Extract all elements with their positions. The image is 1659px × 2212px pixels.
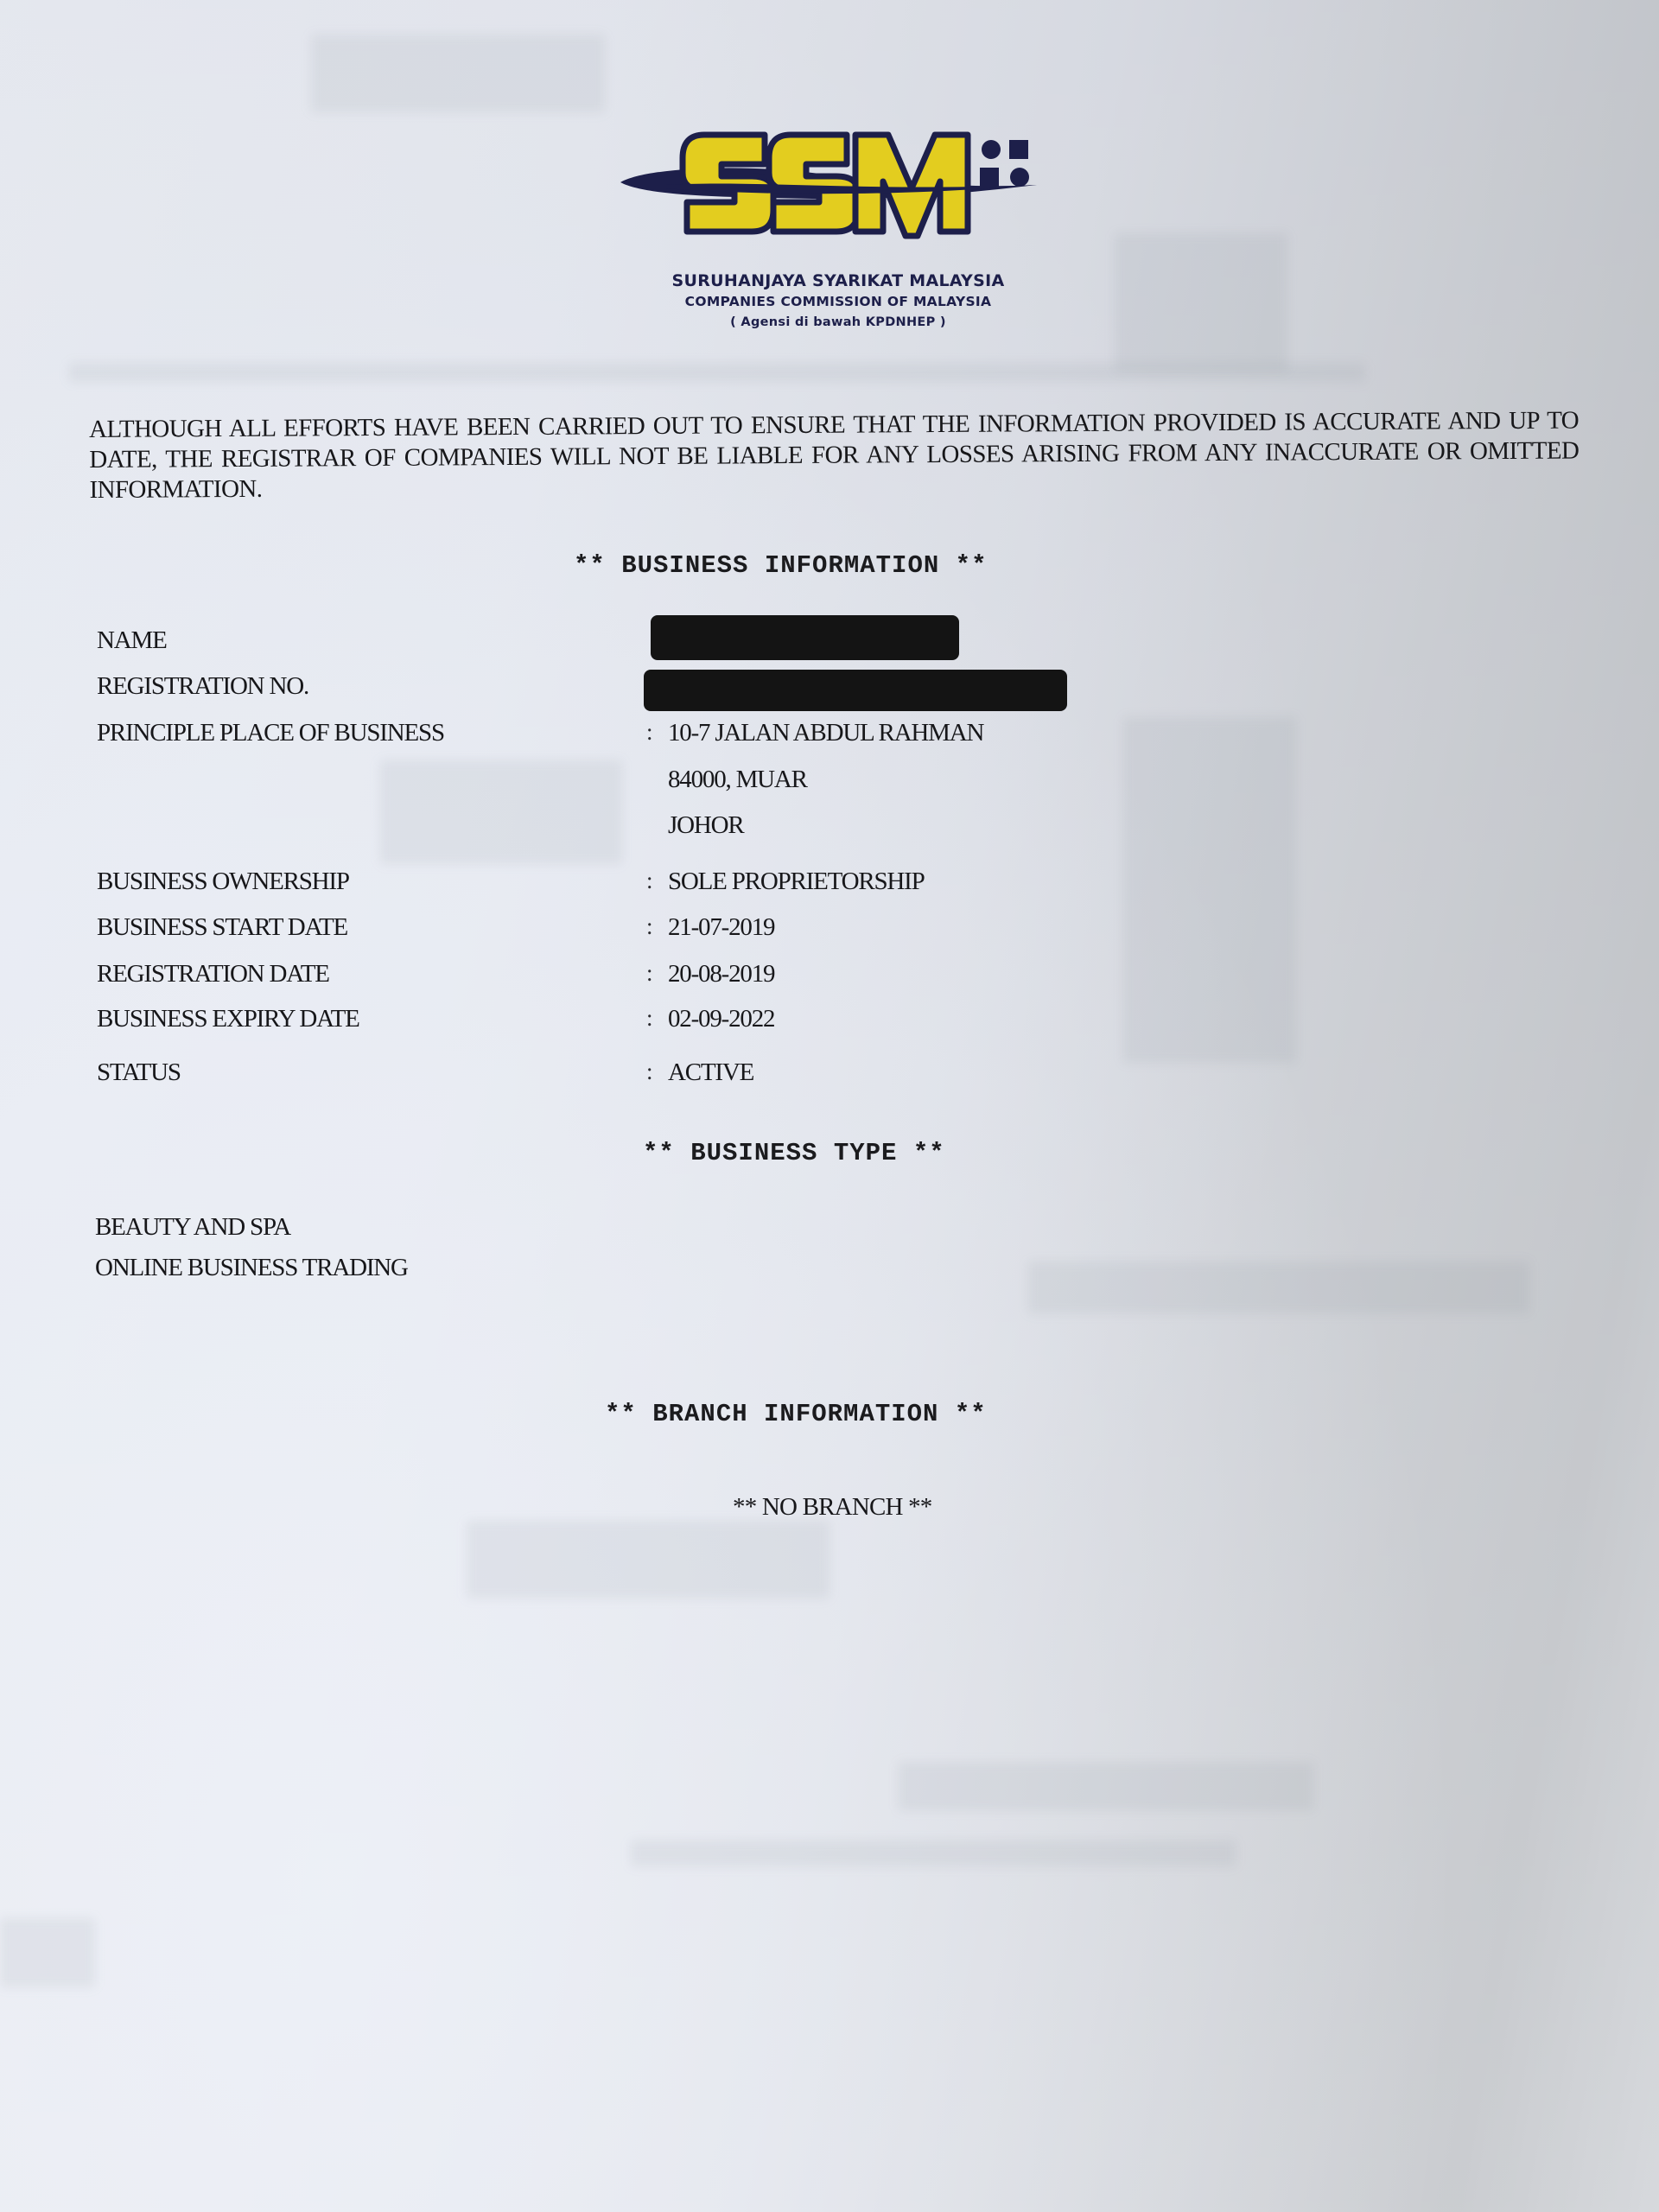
bleed-through (1115, 233, 1287, 372)
field-label-status: STATUS (97, 1058, 181, 1087)
bleed-through (311, 35, 605, 112)
field-separator: : (646, 719, 653, 746)
address-line-2: 84000, MUAR (668, 766, 807, 794)
redacted-name-value (651, 615, 959, 660)
business-ownership-value: SOLE PROPRIETORSHIP (668, 868, 925, 896)
bleed-through (0, 1918, 95, 1987)
business-expiry-date-value: 02-09-2022 (668, 1005, 774, 1033)
agency-note: ( Agensi di bawah KPDNHEP ) (605, 315, 1071, 329)
field-label-principal-place: PRINCIPLE PLACE OF BUSINESS (97, 719, 444, 747)
org-name-malay: SURUHANJAYA SYARIKAT MALAYSIA (605, 271, 1071, 290)
redacted-registration-no-value (644, 670, 1067, 711)
business-information-heading: ** BUSINESS INFORMATION ** (574, 551, 987, 580)
bleed-through (380, 760, 622, 864)
field-label-registration-date: REGISTRATION DATE (97, 960, 329, 988)
org-name-english: COMPANIES COMMISSION OF MALAYSIA (605, 294, 1071, 309)
paper-background (0, 0, 1659, 2212)
field-separator: : (646, 1005, 653, 1032)
field-separator: : (646, 1058, 653, 1085)
bleed-through (631, 1840, 1236, 1866)
business-type-item: ONLINE BUSINESS TRADING (95, 1254, 408, 1282)
field-label-business-expiry-date: BUSINESS EXPIRY DATE (97, 1005, 359, 1033)
bleed-through (467, 1521, 829, 1599)
ssm-logo (613, 119, 1046, 266)
ssm-logo-icon (613, 119, 1046, 266)
bleed-through (1123, 717, 1296, 1063)
business-type-item: BEAUTY AND SPA (95, 1213, 290, 1242)
address-line-1: 10-7 JALAN ABDUL RAHMAN (668, 719, 983, 747)
field-label-business-start-date: BUSINESS START DATE (97, 913, 347, 942)
bleed-through (899, 1763, 1313, 1810)
bleed-through (69, 363, 1365, 382)
status-value: ACTIVE (668, 1058, 753, 1087)
disclaimer-text: ALTHOUGH ALL EFFORTS HAVE BEEN CARRIED O… (89, 405, 1580, 505)
field-separator: : (646, 913, 653, 940)
branch-information-heading: ** BRANCH INFORMATION ** (605, 1400, 987, 1428)
no-branch-message: ** NO BRANCH ** (733, 1493, 932, 1522)
field-label-name: NAME (97, 626, 167, 655)
field-label-business-ownership: BUSINESS OWNERSHIP (97, 868, 349, 896)
bleed-through (1028, 1262, 1529, 1313)
registration-date-value: 20-08-2019 (668, 960, 774, 988)
field-separator: : (646, 960, 653, 987)
field-label-registration-no: REGISTRATION NO. (97, 672, 308, 701)
business-type-heading: ** BUSINESS TYPE ** (643, 1139, 945, 1167)
address-line-3: JOHOR (668, 811, 743, 840)
business-start-date-value: 21-07-2019 (668, 913, 774, 942)
field-separator: : (646, 868, 653, 894)
